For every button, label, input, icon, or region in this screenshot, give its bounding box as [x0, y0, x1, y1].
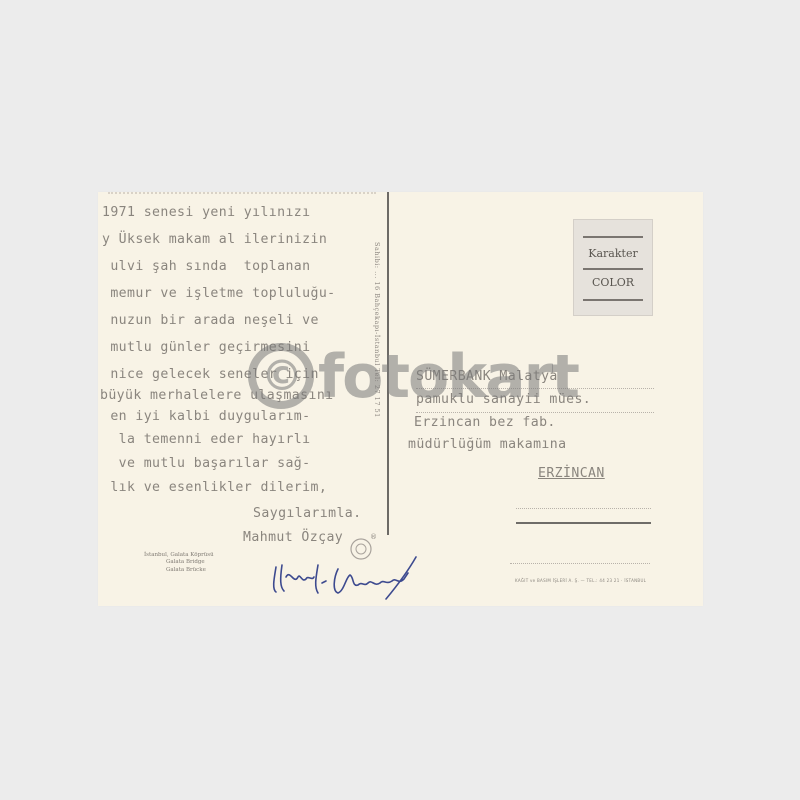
faded-header-text	[108, 192, 376, 200]
stamp-rule	[583, 268, 643, 270]
stamp-rule	[583, 236, 643, 238]
stamp-color-label: COLOR	[574, 276, 652, 289]
stamp-box: Karakter COLOR	[573, 219, 653, 316]
caption-english: Galata Bridge	[144, 559, 214, 566]
address-rule-solid	[516, 522, 651, 524]
fotokart-watermark: ©fotokart	[248, 342, 578, 413]
address-line: Erzincan bez fab.	[414, 415, 556, 430]
postcard-back: 1971 senesi yeni yılınızı y Üksek makam …	[98, 192, 703, 606]
handwritten-signature-icon	[268, 547, 458, 602]
sender-name: Mahmut Özçay	[168, 530, 343, 545]
message-line: ulvi şah sında toplanan	[102, 259, 311, 274]
message-line: memur ve işletme topluluğu-	[102, 286, 336, 301]
message-line: 1971 senesi yeni yılınızı	[102, 205, 311, 220]
publisher-line: KAĞIT ve BASIM İŞLERİ A. Ş. — TEL.: 44 2…	[515, 578, 646, 583]
watermark-text: fotokart	[318, 342, 578, 412]
address-rule	[510, 563, 650, 564]
stamp-brand-label: Karakter	[574, 247, 652, 260]
message-line: lık ve esenlikler dilerim,	[102, 480, 327, 495]
closing-line: Saygılarımla.	[178, 506, 361, 521]
stamp-rule	[583, 299, 643, 301]
message-line: ve mutlu başarılar sağ-	[102, 456, 311, 471]
caption-turkish: İstanbul, Galata Köprüsü	[144, 552, 214, 559]
registered-mark-icon: ®	[370, 533, 377, 541]
message-line: la temenni eder hayırlı	[102, 432, 311, 447]
caption-german: Galata Brücke	[144, 567, 214, 574]
message-line: y Üksek makam al ilerinizin	[102, 232, 327, 247]
address-city: ERZİNCAN	[538, 466, 605, 481]
photo-caption: İstanbul, Galata Köprüsü Galata Bridge G…	[144, 552, 214, 574]
address-line: müdürlüğüm makamına	[408, 437, 566, 452]
address-rule	[516, 508, 651, 509]
copyright-icon: ©	[248, 343, 314, 409]
message-line: nuzun bir arada neşeli ve	[102, 313, 319, 328]
